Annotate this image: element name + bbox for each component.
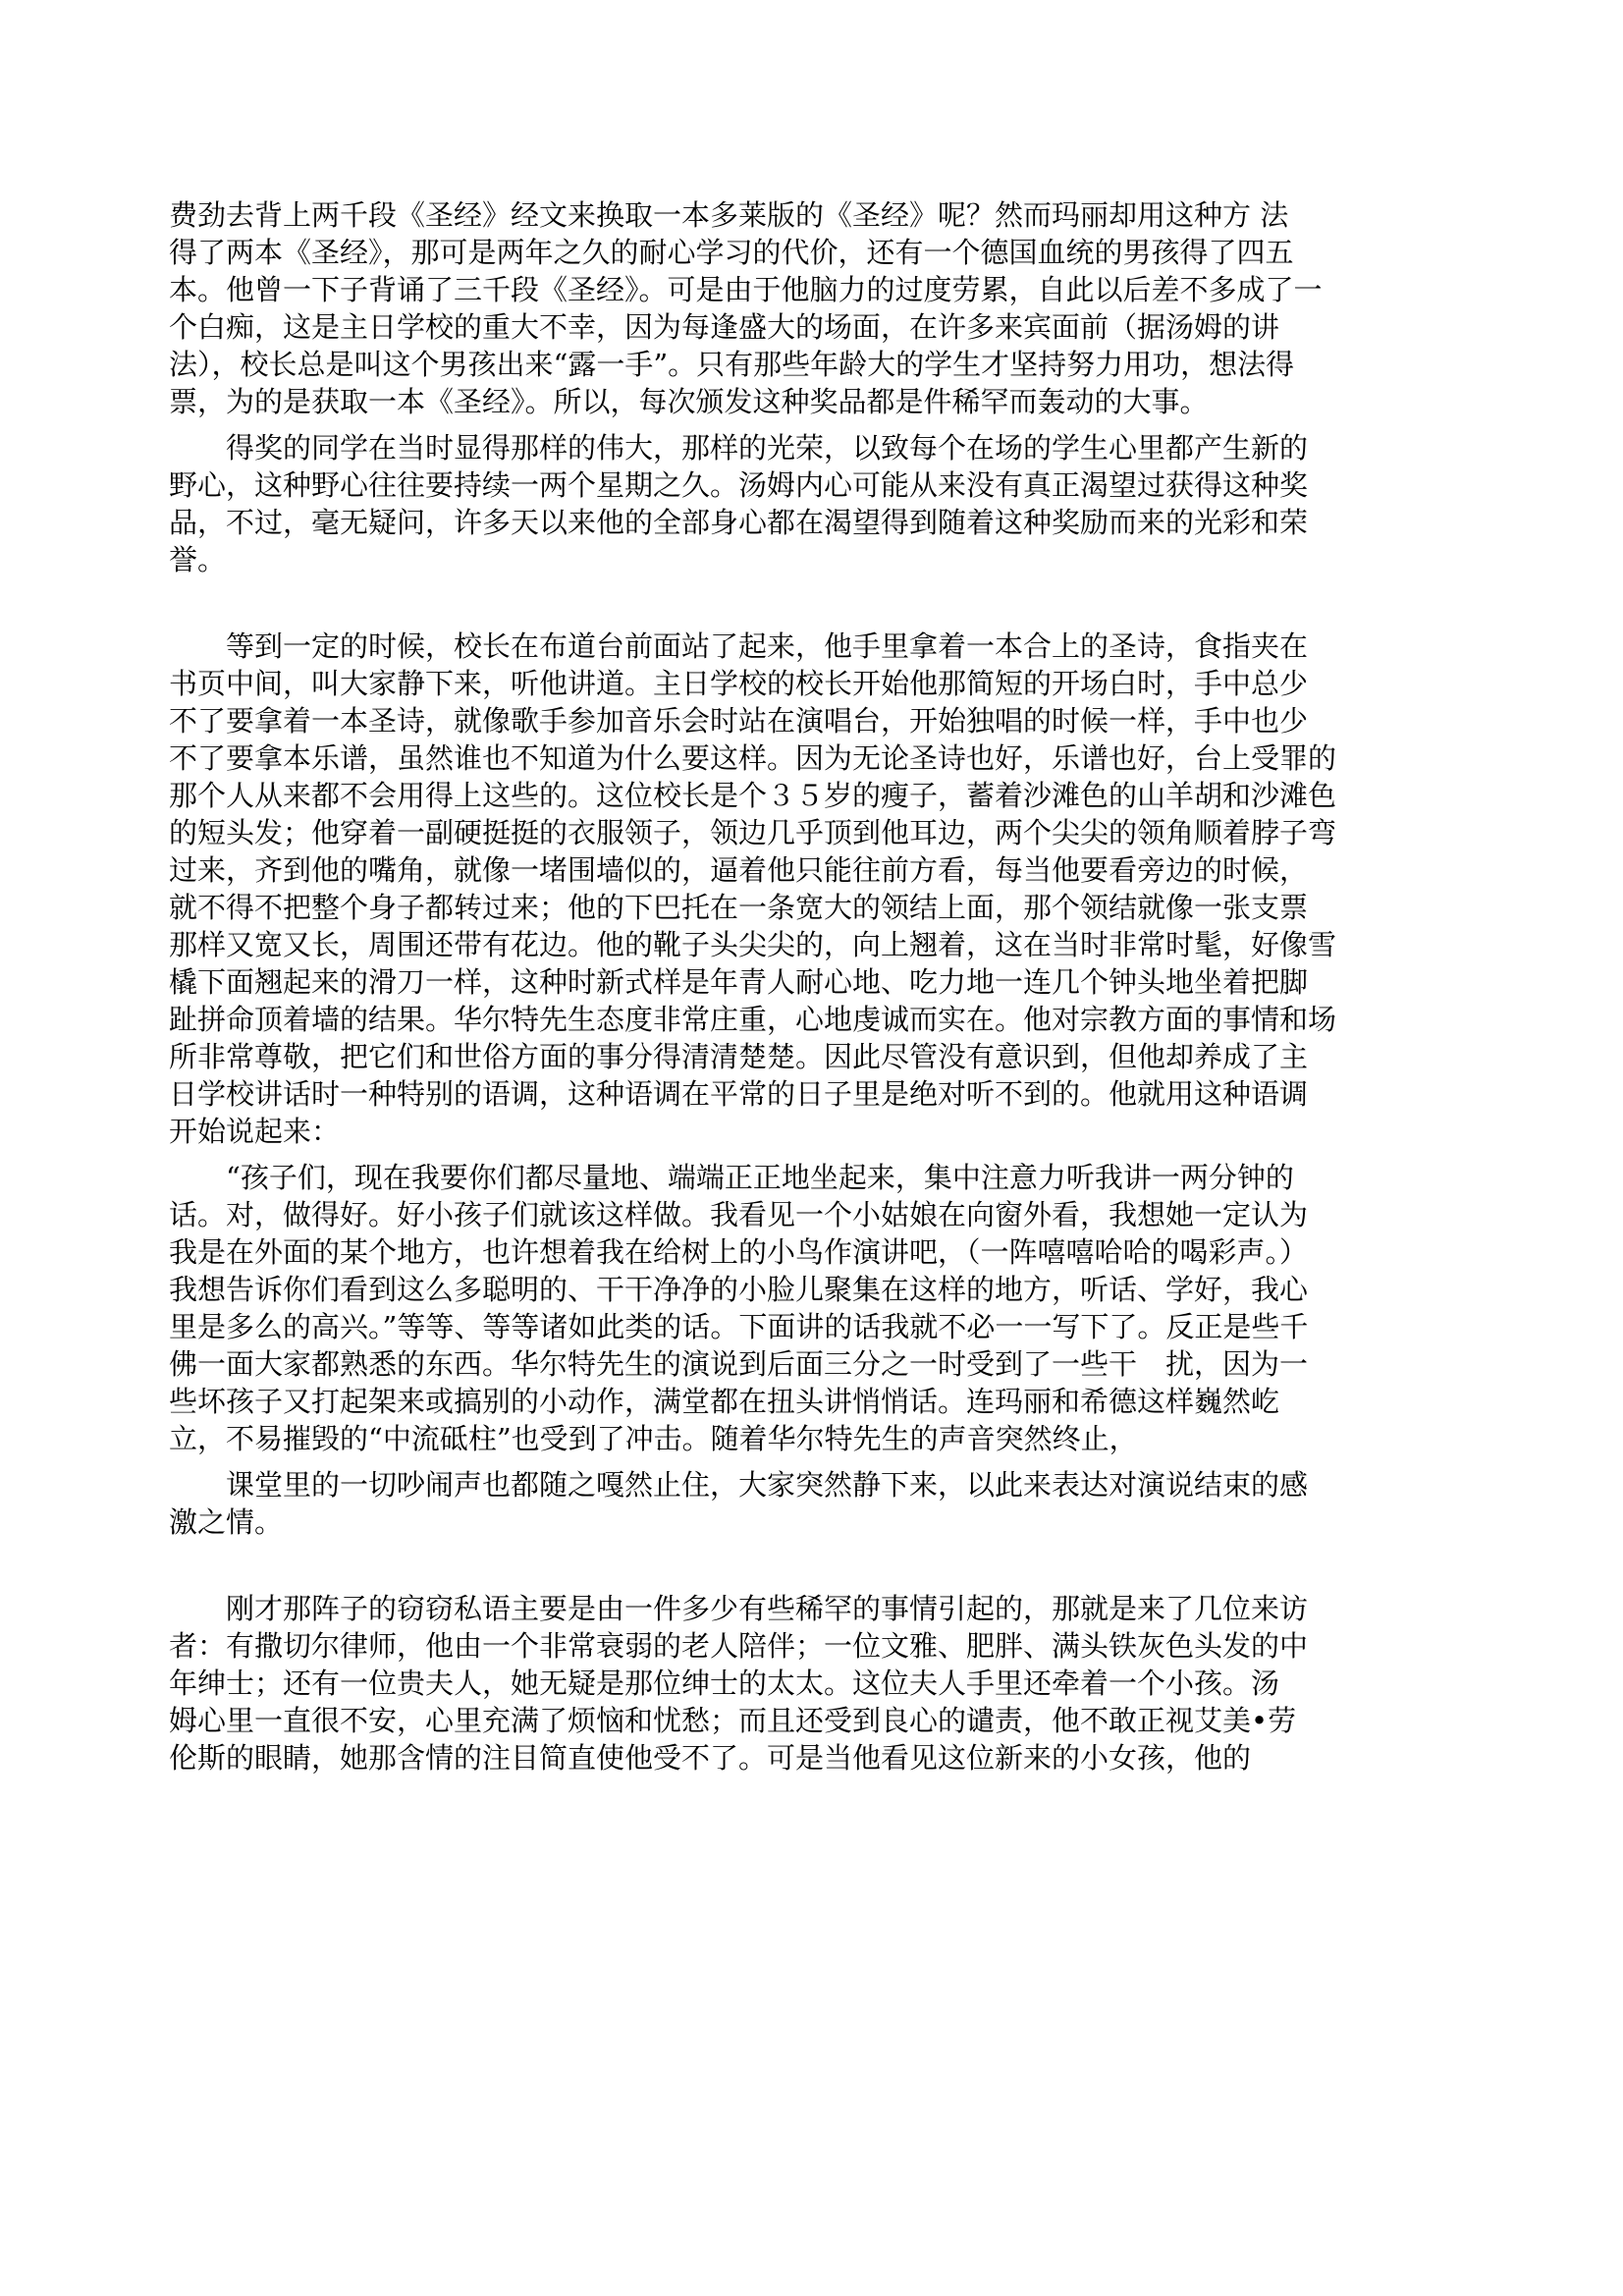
paragraph-speech-quote: “孩子们，现在我要你们都尽量地、端端正正地坐起来，集中注意力听我讲一两分钟的 话… [169,1159,1475,1457]
page-text-block: 费劲去背上两千段《圣经》经文来换取一本多莱版的《圣经》呢？然而玛丽却用这种方 法… [169,196,1475,1785]
paragraph-prize-winner-glory: 得奖的同学在当时显得那样的伟大，那样的光荣，以致每个在场的学生心里都产生新的 野… [169,429,1475,578]
paragraph-visitors-arrive: 刚才那阵子的窃窃私语主要是由一件多少有些稀罕的事情引起的，那就是来了几位来访 者… [169,1590,1475,1777]
paragraph-classroom-quiet: 课堂里的一切吵闹声也都随之嘎然止住，大家突然静下来，以此来表达对演说结束的感 激… [169,1466,1475,1541]
paragraph-continuation-bible-prizes: 费劲去背上两千段《圣经》经文来换取一本多莱版的《圣经》呢？然而玛丽却用这种方 法… [169,196,1475,420]
paragraph-superintendent-description: 等到一定的时候，校长在布道台前面站了起来，他手里拿着一本合上的圣诗，食指夹在 书… [169,628,1475,1150]
document-page: 费劲去背上两千段《圣经》经文来换取一本多莱版的《圣经》呢？然而玛丽却用这种方 法… [0,0,1623,2296]
